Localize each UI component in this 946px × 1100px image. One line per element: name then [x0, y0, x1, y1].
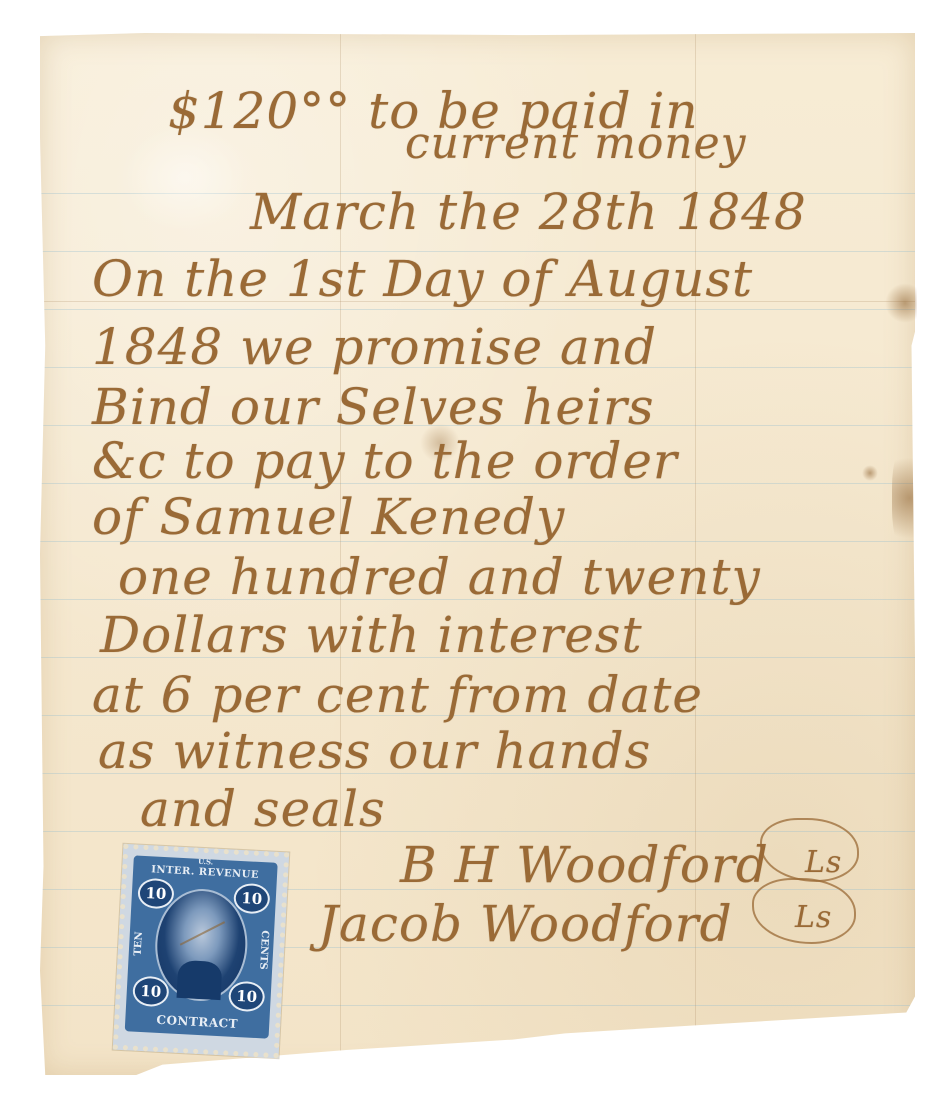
- signature-jacob-woodford: Jacob Woodford: [318, 895, 733, 953]
- body-line: Dollars with interest: [100, 606, 643, 664]
- ink-stain: [862, 465, 878, 481]
- body-line: &c to pay to the order: [92, 432, 678, 490]
- body-line: as witness our hands: [98, 722, 651, 780]
- stamp-design: U.S. INTER. REVENUE 10 10 10 10 TEN CENT…: [125, 855, 278, 1038]
- signature-bh-woodford: B H Woodford: [400, 836, 769, 894]
- body-line: On the 1st Day of August: [92, 250, 753, 308]
- body-line: one hundred and twenty: [118, 548, 761, 606]
- stamp-denomination: 10: [233, 883, 271, 915]
- stamp-denomination: 10: [228, 981, 266, 1013]
- body-line: of Samuel Kenedy: [92, 488, 565, 546]
- ruled-line: [40, 309, 915, 310]
- ink-stain: [892, 443, 927, 553]
- body-line: 1848 we promise and: [92, 318, 657, 376]
- stamp-bottom-text: CONTRACT: [125, 1011, 270, 1033]
- currency-line: current money: [405, 118, 747, 169]
- stamp-side-text-left: TEN: [132, 915, 149, 972]
- stamp-side-text-right: CENTS: [254, 922, 271, 979]
- body-line: Bind our Selves heirs: [92, 378, 655, 436]
- ink-stain: [885, 283, 925, 323]
- revenue-stamp: U.S. INTER. REVENUE 10 10 10 10 TEN CENT…: [113, 844, 290, 1058]
- body-line: and seals: [140, 780, 386, 838]
- body-line: at 6 per cent from date: [92, 666, 703, 724]
- date-line: March the 28th 1848: [250, 183, 807, 241]
